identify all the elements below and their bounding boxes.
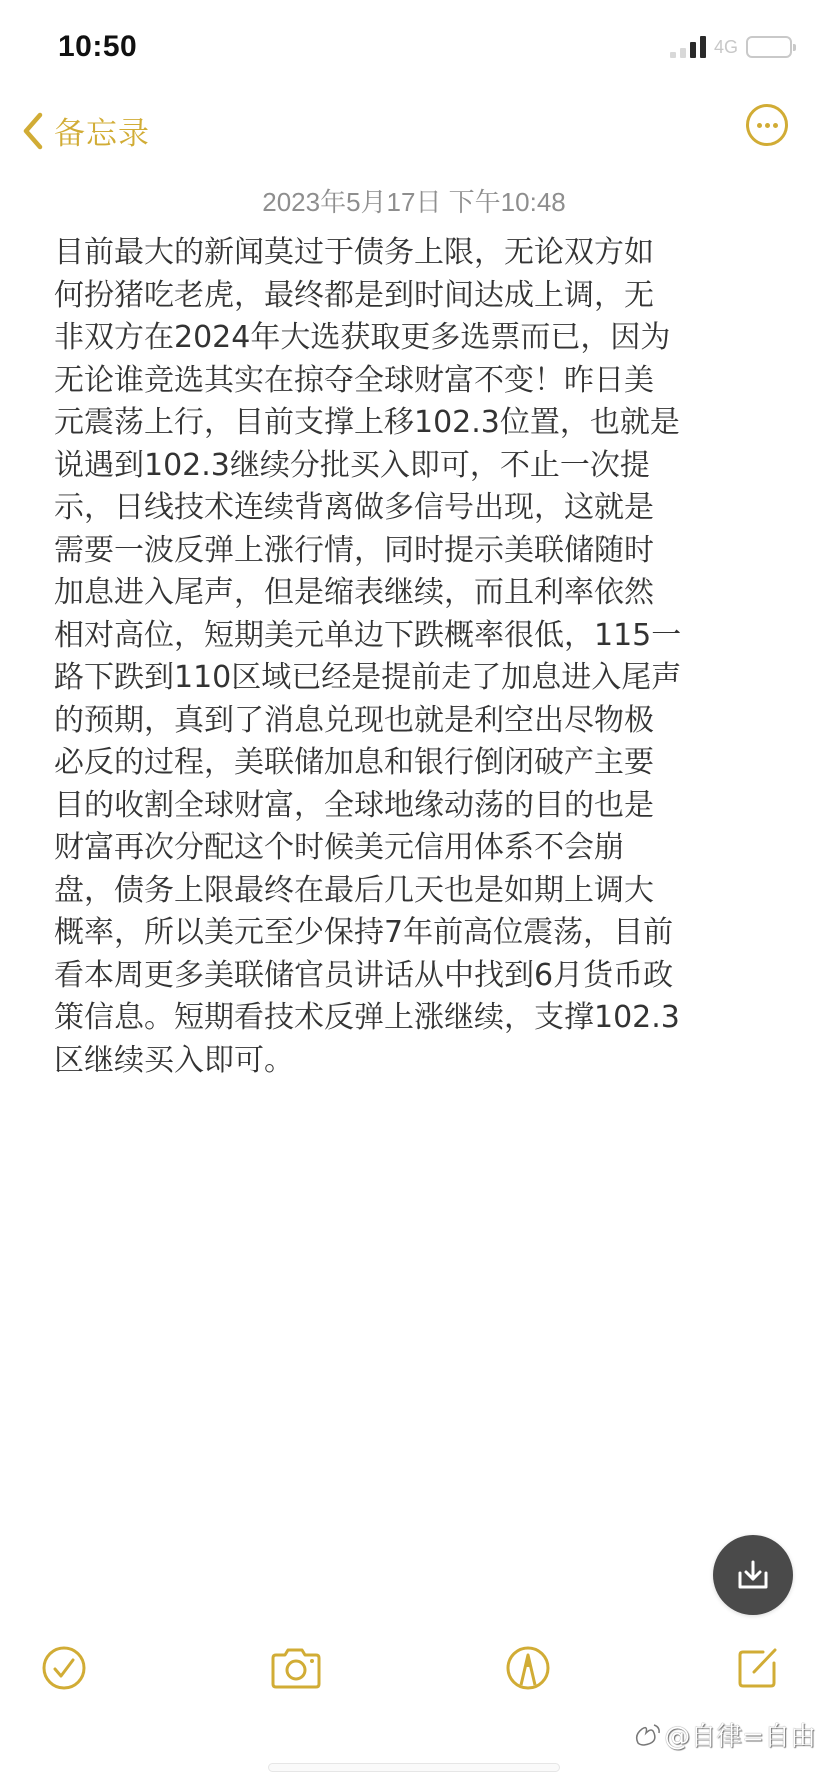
note-line: 概率，所以美元至少保持7年前高位震荡，目前: [54, 912, 784, 955]
note-line: 非双方在2024年大选获取更多选票而已，因为: [54, 317, 784, 360]
note-line: 相对高位，短期美元单边下跌概率很低，115一: [54, 615, 784, 658]
download-button[interactable]: [713, 1535, 793, 1615]
compose-square-icon: [735, 1645, 781, 1691]
network-type-label: 4G: [714, 37, 738, 58]
download-tray-icon: [735, 1557, 771, 1593]
note-line: 必反的过程，美联储加息和银行倒闭破产主要: [54, 742, 784, 785]
markup-button[interactable]: [500, 1640, 556, 1696]
note-line: 加息进入尾声，但是缩表继续，而且利率依然: [54, 572, 784, 615]
ellipsis-dot: [773, 123, 778, 128]
note-date: 2023年5月17日 下午10:48: [0, 182, 828, 219]
navigation-bar: 备忘录: [0, 100, 828, 170]
note-line: 说遇到102.3继续分批买入即可，不止一次提: [54, 445, 784, 488]
notes-app-screen: 10:50 4G 备忘录 2023年5月17日 下午10:48: [0, 0, 828, 1792]
note-line: 目的收割全球财富，全球地缘动荡的目的也是: [54, 785, 784, 828]
status-bar: 10:50 4G: [0, 0, 828, 90]
note-line: 盘，债务上限最终在最后几天也是如期上调大: [54, 870, 784, 913]
camera-icon: [269, 1646, 323, 1690]
note-line: 区继续买入即可。: [54, 1040, 784, 1083]
home-indicator[interactable]: [268, 1763, 560, 1772]
note-line: 看本周更多美联储官员讲话从中找到6月货币政: [54, 955, 784, 998]
note-line: 需要一波反弹上涨行情，同时提示美联储随时: [54, 530, 784, 573]
note-line: 的预期，真到了消息兑现也就是利空出尽物极: [54, 700, 784, 743]
ellipsis-dot: [765, 123, 770, 128]
checkmark-circle-icon: [41, 1645, 87, 1691]
note-line: 何扮猪吃老虎，最终都是到时间达成上调，无: [54, 275, 784, 318]
camera-button[interactable]: [266, 1640, 326, 1696]
back-button-label: 备忘录: [54, 108, 150, 153]
weibo-logo-icon: [632, 1721, 662, 1749]
chevron-left-icon: [22, 112, 44, 150]
watermark-text: @自律=自由: [664, 1716, 816, 1753]
bottom-toolbar: [0, 1640, 828, 1710]
note-line: 示，日线技术连续背离做多信号出现，这就是: [54, 487, 784, 530]
note-body-editor[interactable]: 目前最大的新闻莫过于债务上限，无论双方如 何扮猪吃老虎，最终都是到时间达成上调，…: [54, 232, 784, 1082]
cellular-signal-icon: [670, 36, 706, 58]
status-icons: 4G: [670, 36, 792, 58]
more-options-button[interactable]: [746, 104, 788, 146]
pencil-tip-circle-icon: [505, 1645, 551, 1691]
watermark: @自律=自由: [632, 1716, 816, 1753]
battery-icon: [746, 36, 792, 58]
status-time: 10:50: [58, 30, 137, 64]
note-line: 财富再次分配这个时候美元信用体系不会崩: [54, 827, 784, 870]
checklist-button[interactable]: [36, 1640, 92, 1696]
note-line: 路下跌到110区域已经是提前走了加息进入尾声: [54, 657, 784, 700]
note-line: 元震荡上行，目前支撑上移102.3位置，也就是: [54, 402, 784, 445]
back-button[interactable]: 备忘录: [22, 108, 150, 153]
compose-button[interactable]: [730, 1640, 786, 1696]
note-line: 目前最大的新闻莫过于债务上限，无论双方如: [54, 232, 784, 275]
ellipsis-dot: [757, 123, 762, 128]
note-line: 策信息。短期看技术反弹上涨继续，支撑102.3: [54, 997, 784, 1040]
note-line: 无论谁竞选其实在掠夺全球财富不变！昨日美: [54, 360, 784, 403]
